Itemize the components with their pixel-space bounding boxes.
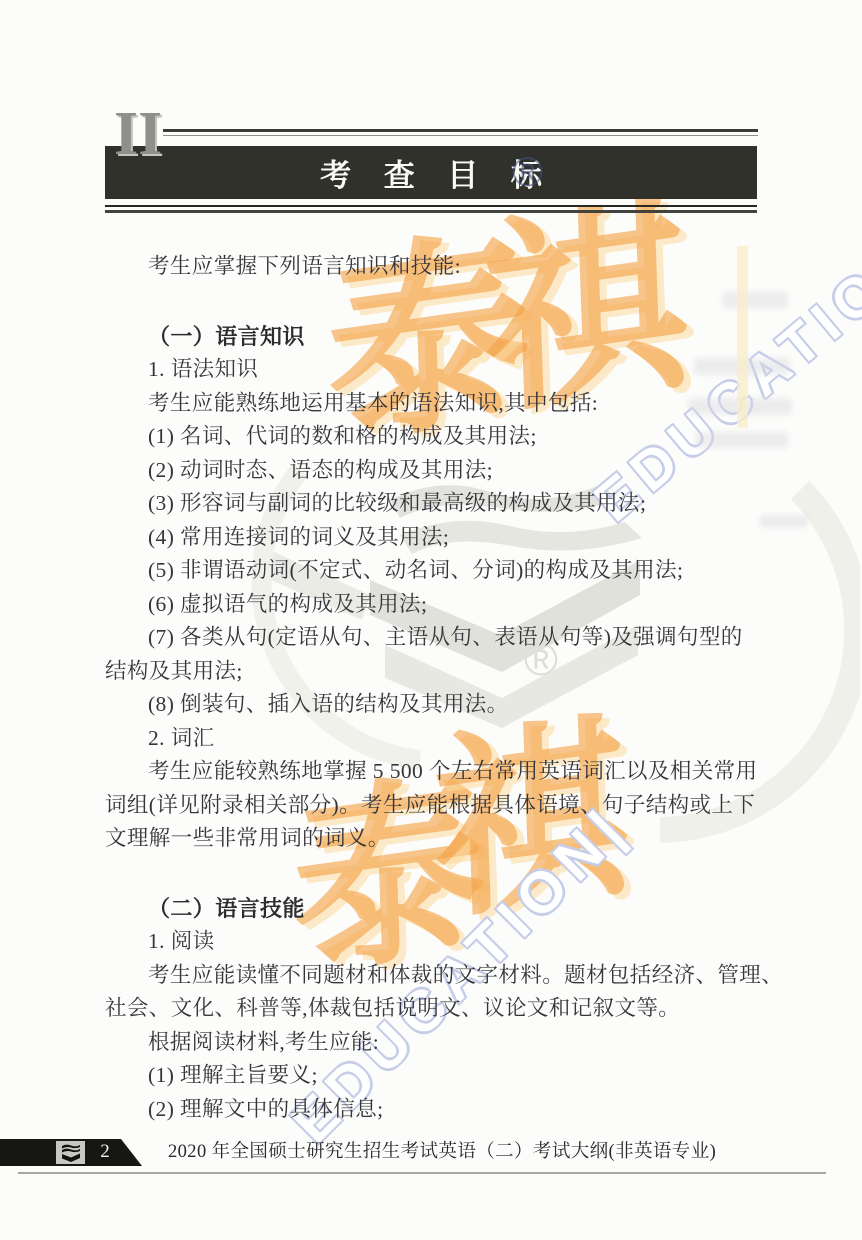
list-item: (4) 常用连接词的词义及其用法; <box>105 521 762 555</box>
body-line: 考生应能较熟练地掌握 5 500 个左右常用英语词汇以及相关常用 <box>105 755 762 789</box>
header-rule <box>105 205 757 207</box>
footer-rule <box>18 1172 826 1174</box>
body-line: 结构及其用法; <box>105 655 762 689</box>
list-item: (1) 理解主旨要义; <box>105 1059 762 1093</box>
chapter-title: 考 查 目 标 <box>308 150 554 195</box>
list-item: (2) 动词时态、语态的构成及其用法; <box>105 454 762 488</box>
header-rule <box>105 210 757 213</box>
list-item: (7) 各类从句(定语从句、主语从句、表语从句等)及强调句型的 <box>105 621 762 655</box>
document-page: 泰 祺 EDUCATION| 泰 祺 EDUCATION| ® ® II 考 查… <box>0 0 862 1240</box>
header-rule <box>163 135 758 136</box>
body-line: 1. 阅读 <box>105 925 762 959</box>
body-line: 词组(详见附录相关部分)。考生应能根据具体语境、句子结构或上下 <box>105 789 762 823</box>
body-line: 1. 语法知识 <box>105 353 762 387</box>
chapter-title-bar: 考 查 目 标 <box>105 146 757 199</box>
list-item: (6) 虚拟语气的构成及其用法; <box>105 588 762 622</box>
list-item: (5) 非谓语动词(不定式、动名词、分词)的构成及其用法; <box>105 554 762 588</box>
list-item: (8) 倒装句、插入语的结构及其用法。 <box>105 688 762 722</box>
book-stack-icon <box>59 1143 83 1163</box>
footer-bar-notch <box>121 1139 142 1166</box>
section-heading: （一）语言知识 <box>105 320 762 354</box>
list-item: (1) 名词、代词的数和格的构成及其用法; <box>105 420 762 454</box>
list-item: (2) 理解文中的具体信息; <box>105 1093 762 1127</box>
body-text: 考生应掌握下列语言知识和技能: （一）语言知识 1. 语法知识 考生应能熟练地运… <box>105 250 762 1126</box>
list-item: (3) 形容词与副词的比较级和最高级的构成及其用法; <box>105 487 762 521</box>
publisher-logo <box>56 1141 85 1164</box>
body-line: 考生应能熟练地运用基本的语法知识,其中包括: <box>105 387 762 421</box>
body-line: 2. 词汇 <box>105 722 762 756</box>
footer-document-title: 2020 年全国硕士研究生招生考试英语（二）考试大纲(非英语专业) <box>168 1139 716 1166</box>
bleed-through-artifact <box>760 515 808 528</box>
section-number: II <box>114 103 162 165</box>
body-line: 社会、文化、科普等,体裁包括说明文、议论文和记叙文等。 <box>105 992 762 1026</box>
page-number: 2 <box>88 1139 122 1166</box>
body-line: 考生应掌握下列语言知识和技能: <box>105 250 762 284</box>
header-rule <box>163 129 758 132</box>
body-line: 根据阅读材料,考生应能: <box>105 1026 762 1060</box>
section-heading: （二）语言技能 <box>105 892 762 926</box>
body-line: 文理解一些非常用词的词义。 <box>105 822 762 856</box>
body-line: 考生应能读懂不同题材和体裁的文字材料。题材包括经济、管理、 <box>105 959 762 993</box>
